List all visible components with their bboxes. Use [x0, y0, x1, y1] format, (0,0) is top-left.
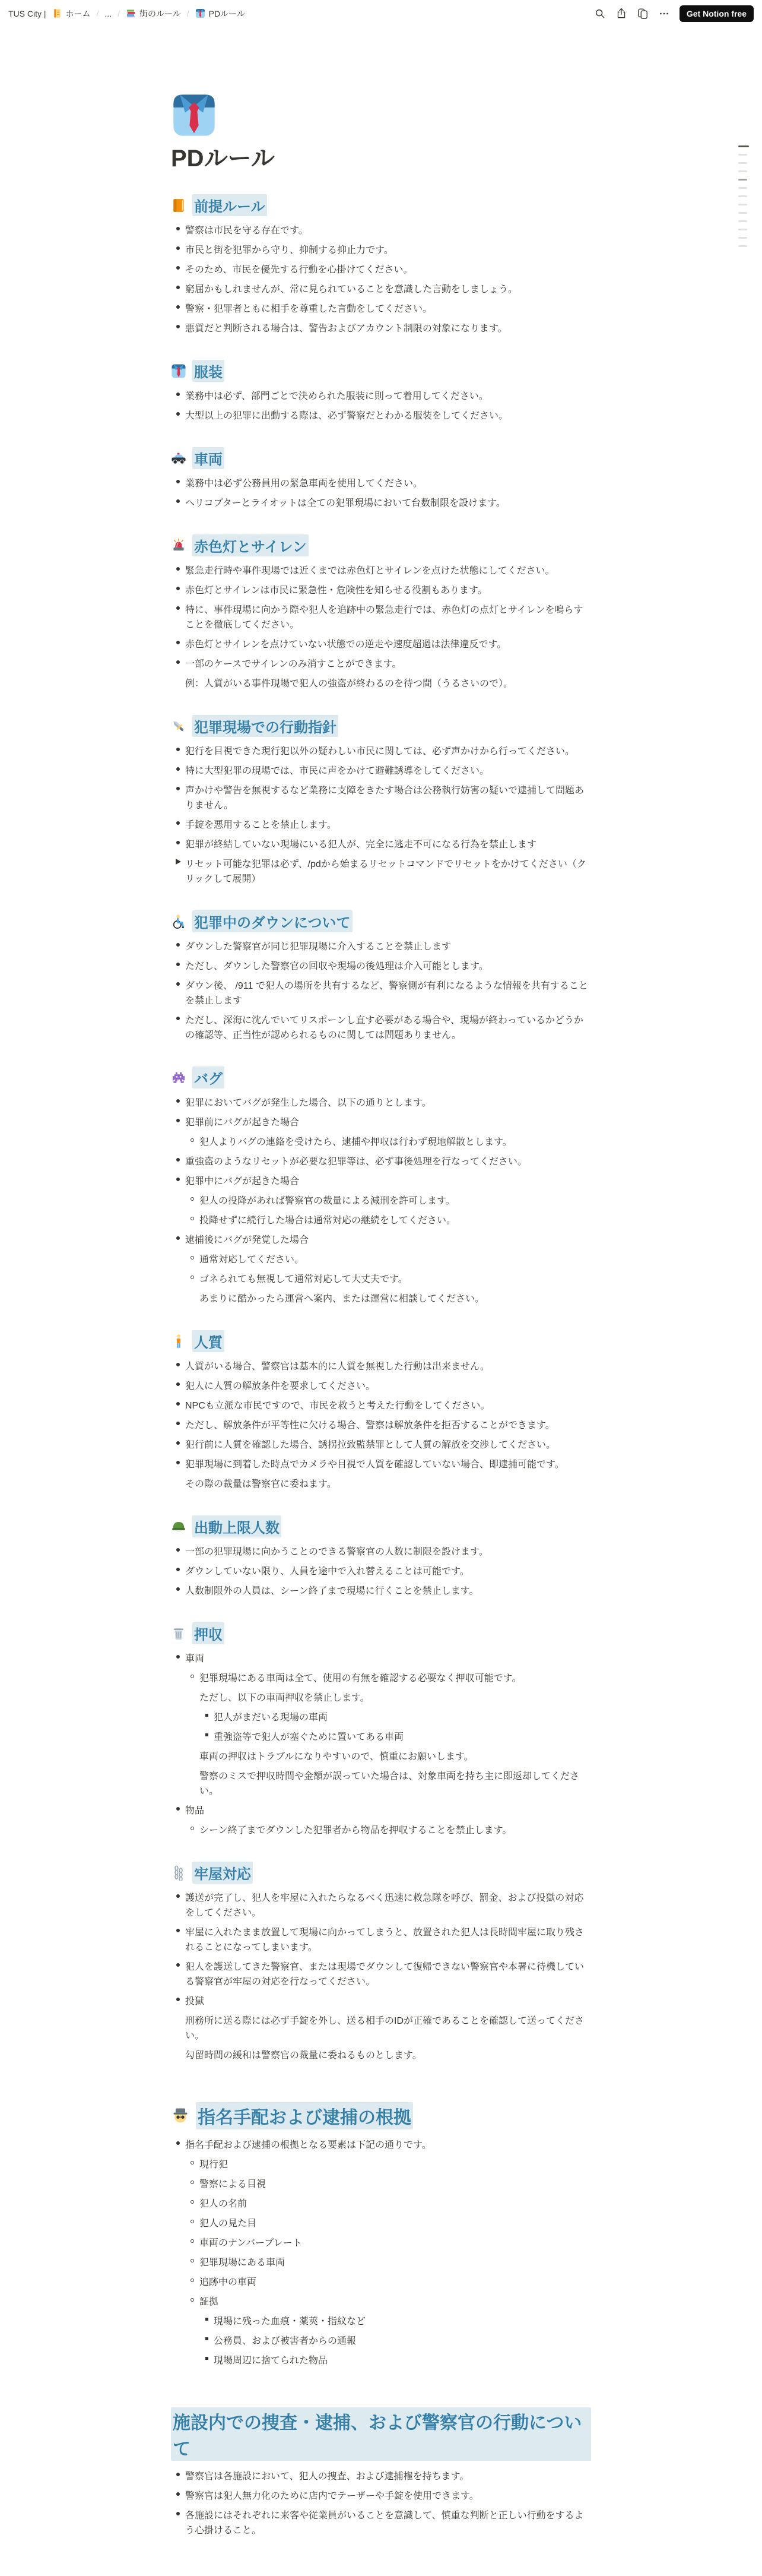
list-item-text: 現場周辺に捨てられた物品	[214, 2351, 591, 2371]
notebook-icon	[52, 8, 62, 18]
list-item: 大型以上の犯罪に出動する際は、必ず警察だとわかる服装をしてください。	[171, 406, 591, 426]
section-list: 警察は市民を守る存在です。市民と街を犯罪から守り、抑制する抑止力です。そのため、…	[171, 221, 591, 338]
list-item-text: 重強盗のようなリセットが必要な犯罪等は、必ず事後処理を行なってください。	[185, 1152, 591, 1172]
list-item: 犯罪現場にある車両	[185, 2253, 591, 2273]
necktie-page-icon	[171, 92, 217, 138]
bullet-marker	[176, 641, 180, 644]
list-item: 追跡中の車両	[185, 2273, 591, 2292]
list-item: 特に大型犯罪の現場では、市民に声をかけて避難誘導をしてください。	[171, 761, 591, 781]
list-item: 現行犯	[185, 2155, 591, 2175]
toc-dash[interactable]	[738, 170, 747, 172]
list-item-text: 特に大型犯罪の現場では、市民に声をかけて避難誘導をしてください。	[185, 761, 591, 781]
section-heading: 犯罪現場での行動指針	[171, 715, 591, 737]
bullet-marker	[176, 325, 180, 328]
section-heading: バグ	[171, 1067, 591, 1088]
police-car-icon	[171, 451, 186, 466]
list-item-text: 護送が完了し、犯人を牢屋に入れたらなるべく迅速に救急隊を呼び、罰金、および投獄の…	[185, 1888, 591, 1923]
list-item-text: 犯罪前にバグが起きた場合	[185, 1113, 591, 1132]
bullet-marker	[176, 1587, 180, 1591]
list-item: 赤色灯とサイレンを点けていない状態での逆走や速度超過は法律違反です。	[171, 635, 591, 654]
list-item: 逮捕後にバグが発覚した場合通常対応してください。ゴネられても無視して通常対応して…	[171, 1230, 591, 1309]
list-item: 緊急走行時や事件現場では近くまでは赤色灯とサイレンを点けた状態にしてください。	[171, 561, 591, 581]
section-title: 施設内での捜査・逮捕、および警察官の行動について	[171, 2407, 591, 2461]
bullet-marker	[176, 1099, 180, 1103]
bullet-marker	[176, 2141, 180, 2145]
list-item: 犯罪中にバグが起きた場合犯人の投降があれば警察官の裁量による減刑を許可します。投…	[171, 1172, 591, 1230]
bullet-marker	[176, 1461, 180, 1464]
bullet-marker	[176, 393, 180, 396]
list-item: 指名手配および逮捕の根拠となる要素は下記の通りです。現行犯警察による目視犯人の名…	[171, 2135, 591, 2371]
list-paragraph: あまりに酷かったら運営へ案内、または運営に相談してください。	[199, 1289, 591, 1309]
list-item-text: 手錠を悪用することを禁止します。	[185, 815, 591, 835]
section-heading: 前提ルール	[171, 194, 591, 216]
list-item: 窮屈かもしれませんが、常に見られていることを意識した言動をしましょう。	[171, 280, 591, 299]
bullet-marker	[176, 787, 180, 790]
section-list: 警察官は各施設において、犯人の捜査、および逮捕権を持ちます。警察官は犯人無力化の…	[171, 2467, 591, 2540]
list-item-text: 車両	[185, 1649, 591, 1669]
list-item-text: 車両のナンバープレート	[199, 2233, 591, 2253]
list-paragraph: 勾留時間の緩和は警察官の裁量に委ねるものとします。	[185, 2046, 591, 2065]
section-heading: 服装	[171, 360, 591, 382]
circle-marker	[190, 2181, 194, 2184]
list-item: 犯人の投降があれば警察官の裁量による減刑を許可します。	[185, 1191, 591, 1211]
bullet-marker	[176, 480, 180, 483]
bullet-marker	[176, 2492, 180, 2496]
section-title: 犯罪現場での行動指針	[192, 715, 338, 737]
section-heading: 犯罪中のダウンについて	[171, 910, 591, 932]
list-item: ダウンしていない限り、人員を途中で入れ替えることは可能です。	[171, 1562, 591, 1581]
list-item: 業務中は必ず、部門ごとで決められた服装に則って着用してください。	[171, 387, 591, 406]
bullet-marker	[176, 2512, 180, 2515]
bullet-marker	[176, 1963, 180, 1967]
list-item: 業務中は必ず公務員用の緊急車両を使用してください。	[171, 474, 591, 493]
breadcrumb-label: PDルール	[209, 8, 245, 20]
square-marker	[205, 1733, 208, 1736]
breadcrumb-label: ホーム	[66, 8, 91, 20]
section-list: 犯行を目視できた現行犯以外の疑わしい市民に関しては、必ず声かけから行ってください…	[171, 742, 591, 889]
list-item-text: 赤色灯とサイレンを点けていない状態での逆走や速度超過は法律違反です。	[185, 635, 591, 654]
square-marker	[205, 2318, 208, 2321]
list-item: 犯罪においてバグが発生した場合、以下の通りとします。	[171, 1093, 591, 1113]
list-item: 物品シーン終了までダウンした犯罪者から物品を押収することを禁止します。	[171, 1801, 591, 1840]
circle-marker	[190, 1675, 194, 1678]
list-item-text: 大型以上の犯罪に出動する際は、必ず警察だとわかる服装をしてください。	[185, 406, 591, 426]
bullet-marker	[176, 606, 180, 610]
police-light-icon	[171, 538, 186, 553]
circle-marker	[190, 2239, 194, 2243]
list-item: 犯人がまだいる現場の車両	[199, 1708, 591, 1727]
bullet-marker	[176, 1382, 180, 1386]
section-list: 護送が完了し、犯人を牢屋に入れたらなるべく迅速に救急隊を呼び、罰金、および投獄の…	[171, 1888, 591, 2065]
section-title: 犯罪中のダウンについて	[192, 910, 353, 932]
list-item-text: 犯罪現場に到着した時点でカメラや目視で人質を確認していない場合、即逮捕可能です。	[185, 1455, 591, 1474]
list-item-text: 人数制限外の人員は、シーン終了まで現場に行くことを禁止します。	[185, 1581, 591, 1601]
bullet-marker	[176, 227, 180, 230]
list-item: 犯罪前にバグが起きた場合犯人よりバグの連絡を受けたら、逮捕や押収は行わず現地解散…	[171, 1113, 591, 1152]
list-item: 犯罪現場にある車両は全て、使用の有無を確認する必要なく押収可能です。ただし、以下…	[185, 1669, 591, 1801]
books-icon	[126, 8, 136, 18]
list-item-text: 証拠	[199, 2292, 591, 2312]
list-item: 警察官は各施設において、犯人の捜査、および逮捕権を持ちます。	[171, 2467, 591, 2486]
section-heading: 車両	[171, 447, 591, 469]
list-item-text: 警察・犯罪者ともに相手を尊重した言動をしてください。	[185, 299, 591, 319]
list-item-text: 警察は市民を守る存在です。	[185, 221, 591, 240]
circle-marker	[190, 1197, 194, 1201]
sections-container: 前提ルール警察は市民を守る存在です。市民と街を犯罪から守り、抑制する抑止力です。…	[171, 194, 591, 2540]
breadcrumb-separator: /	[118, 9, 120, 18]
circle-marker	[190, 1217, 194, 1220]
list-item-text: 窮屈かもしれませんが、常に見られていることを意識した言動をしましょう。	[185, 280, 591, 299]
list-item: そのため、市民を優先する行動を心掛けてください。	[171, 260, 591, 280]
list-item: 犯人に人質の解放条件を要求してください。	[171, 1376, 591, 1396]
circle-marker	[190, 1276, 194, 1279]
bullet-marker	[176, 1402, 180, 1406]
section-title: 指名手配および逮捕の根拠	[196, 2102, 413, 2129]
list-item: ヘリコプターとライオットは全ての犯罪現場において台数制限を設けます。	[171, 493, 591, 513]
list-item-text: 警察官は犯人無力化のために店内でテーザーや手錠を使用できます。	[185, 2486, 591, 2506]
list-item: 犯罪が終結していない現場にいる犯人が、完全に逃走不可になる行為を禁止します	[171, 835, 591, 855]
section-title: 人質	[192, 1330, 224, 1352]
list-item: 人質がいる場合、警察官は基本的に人質を無視した行動は出来ません。	[171, 1357, 591, 1376]
bullet-marker	[176, 1568, 180, 1571]
share-icon[interactable]	[615, 8, 627, 20]
bullet-marker	[176, 1119, 180, 1122]
list-item: 犯人の名前	[185, 2194, 591, 2214]
list-item: 投降せずに続行した場合は通常対応の継続をしてください。	[185, 1211, 591, 1230]
list-item-text: 一部のケースでサイレンのみ消すことができます。	[185, 654, 591, 674]
toc-dash[interactable]	[738, 220, 747, 222]
list-item-text: 人質がいる場合、警察官は基本的に人質を無視した行動は出来ません。	[185, 1357, 591, 1376]
section-list: 一部の犯罪現場に向かうことのできる警察官の人数に制限を設けます。ダウンしていない…	[171, 1542, 591, 1601]
workspace-name: TUS City |	[8, 9, 46, 18]
square-marker	[205, 2337, 208, 2340]
bullet-marker	[176, 1929, 180, 1932]
section-title: 赤色灯とサイレン	[192, 534, 309, 556]
list-item-text: 犯人がまだいる現場の車両	[214, 1708, 591, 1727]
list-item: 手錠を悪用することを禁止します。	[171, 815, 591, 835]
bullet-marker	[176, 1548, 180, 1552]
list-item: ダウンした警察官が同じ犯罪現場に介入することを禁止します	[171, 937, 591, 957]
list-item-text: 犯行を目視できた現行犯以外の疑わしい市民に関しては、必ず声かけから行ってください…	[185, 742, 591, 761]
list-item: ゴネられても無視して通常対応して大丈夫です。あまりに酷かったら運営へ案内、または…	[185, 1270, 591, 1309]
bullet-marker	[176, 587, 180, 590]
toc-dash[interactable]	[738, 245, 747, 247]
section-heading: 指名手配および逮捕の根拠	[171, 2102, 591, 2129]
circle-marker	[190, 2220, 194, 2223]
list-item: 犯罪現場に到着した時点でカメラや目視で人質を確認していない場合、即逮捕可能です。…	[171, 1455, 591, 1494]
circle-marker	[190, 2278, 194, 2282]
circle-marker	[190, 2259, 194, 2262]
list-item: 各施設にはそれぞれに来客や従業員がいることを意識して、慎重な判断と正しい行動をす…	[171, 2506, 591, 2540]
list-item-text: 声かけや警告を無視するなど業務に支障をきたす場合は公務執行妨害の疑いで逮捕して問…	[185, 781, 591, 815]
section-title: 出動上限人数	[192, 1515, 281, 1537]
list-item-text: 市民と街を犯罪から守り、抑制する抑止力です。	[185, 240, 591, 260]
square-marker	[205, 1714, 208, 1717]
bullet-marker	[176, 982, 180, 986]
bullet-marker	[176, 660, 180, 664]
section-heading: 赤色灯とサイレン	[171, 534, 591, 556]
circle-marker	[190, 1256, 194, 1259]
bullet-marker	[176, 1998, 180, 2001]
toc-dash[interactable]	[738, 204, 747, 205]
wheelchair-icon	[171, 914, 186, 929]
list-item: 犯人の見た目	[185, 2214, 591, 2233]
list-item-text: 各施設にはそれぞれに来客や従業員がいることを意識して、慎重な判断と正しい行動をす…	[185, 2506, 591, 2540]
breadcrumb-label: ...	[104, 9, 112, 18]
list-item: 一部のケースでサイレンのみ消すことができます。例：人質がいる事件現場で犯人の強盗…	[171, 654, 591, 694]
list-paragraph: ただし、以下の車両押収を禁止します。	[199, 1688, 591, 1708]
list-item-text: 公務員、および被害者からの通報	[214, 2331, 591, 2351]
bullet-marker	[176, 1236, 180, 1240]
circle-marker	[190, 2298, 194, 2302]
list-item-text: 逮捕後にバグが発覚した場合	[185, 1230, 591, 1250]
list-item-text: 悪質だと判断される場合は、警告およびアカウント制限の対象になります。	[185, 319, 591, 338]
list-item-text: 通常対応してください。	[199, 1250, 591, 1270]
section-heading: 人質	[171, 1330, 591, 1352]
section-list: ダウンした警察官が同じ犯罪現場に介入することを禁止しますただし、ダウンした警察官…	[171, 937, 591, 1045]
breadcrumb-separator: /	[187, 9, 189, 18]
list-item-text: 犯罪が終結していない現場にいる犯人が、完全に逃走不可になる行為を禁止します	[185, 835, 591, 855]
list-item-text: ダウンした警察官が同じ犯罪現場に介入することを禁止します	[185, 937, 591, 957]
list-item: 車両犯罪現場にある車両は全て、使用の有無を確認する必要なく押収可能です。ただし、…	[171, 1649, 591, 1801]
breadcrumb-label: 街のルール	[139, 8, 181, 20]
list-item-text: ダウン後、 /911 で犯人の場所を共有するなど、警察側が有利になるような情報を…	[185, 976, 591, 1011]
toc-dash[interactable]	[738, 237, 747, 239]
list-item-text: 現場に残った血痕・薬莢・指紋など	[214, 2312, 591, 2331]
bullet-marker	[176, 246, 180, 250]
list-item-text: 警察官は各施設において、犯人の捜査、および逮捕権を持ちます。	[185, 2467, 591, 2486]
list-item: 悪質だと判断される場合は、警告およびアカウント制限の対象になります。	[171, 319, 591, 338]
list-item-text: 犯人の見た目	[199, 2214, 591, 2233]
list-item-text: 犯人に人質の解放条件を要求してください。	[185, 1376, 591, 1396]
bullet-marker	[176, 1441, 180, 1445]
section-title: 服装	[192, 360, 224, 382]
list-item-text: ヘリコプターとライオットは全ての犯罪現場において台数制限を設けます。	[185, 493, 591, 513]
list-item-text: 犯罪中にバグが起きた場合	[185, 1172, 591, 1191]
list-item: 牢屋に入れたまま放置して現場に向かってしまうと、放置された犯人は長時間牢屋に取り…	[171, 1923, 591, 1957]
person-standing-icon	[171, 1334, 186, 1349]
list-item: 護送が完了し、犯人を牢屋に入れたらなるべく迅速に救急隊を呼び、罰金、および投獄の…	[171, 1888, 591, 1923]
bullet-marker	[176, 748, 180, 751]
list-item: 市民と街を犯罪から守り、抑制する抑止力です。	[171, 240, 591, 260]
toc-dash[interactable]	[738, 179, 747, 181]
section-heading: 出動上限人数	[171, 1515, 591, 1537]
list-paragraph: 警察のミスで押収時間や金額が誤っていた場合は、対象車両を持ち主に即返却してくださ…	[199, 1767, 591, 1801]
space-invader-icon	[171, 1070, 186, 1086]
bullet-marker	[176, 2473, 180, 2476]
bullet-marker	[176, 767, 180, 771]
section-title: 前提ルール	[192, 194, 267, 216]
list-paragraph: 例：人質がいる事件現場で犯人の強盗が終わるのを待つ間（うるさいので）。	[185, 674, 591, 694]
list-item-text: 緊急走行時や事件現場では近くまでは赤色灯とサイレンを点けた状態にしてください。	[185, 561, 591, 581]
list-item: 重強盗のようなリセットが必要な犯罪等は、必ず事後処理を行なってください。	[171, 1152, 591, 1172]
list-item-text: ただし、深海に沈んでいてリスポーンし直す必要がある場合や、現場が終わっているかど…	[185, 1011, 591, 1045]
list-item: シーン終了までダウンした犯罪者から物品を押収することを禁止します。	[185, 1821, 591, 1840]
military-helmet-icon	[171, 1519, 186, 1534]
circle-marker	[190, 1827, 194, 1830]
toc-dash[interactable]	[738, 154, 747, 156]
list-item: 車両のナンバープレート	[185, 2233, 591, 2253]
more-options-icon[interactable]	[658, 8, 670, 20]
bullet-marker	[176, 266, 180, 270]
necktie-icon	[171, 363, 186, 379]
breadcrumb-separator: /	[97, 9, 99, 18]
list-item: 証拠現場に残った血痕・薬莢・指紋など公務員、および被害者からの通報現場周辺に捨て…	[185, 2292, 591, 2371]
list-item: 犯行を目視できた現行犯以外の疑わしい市民に関しては、必ず声かけから行ってください…	[171, 742, 591, 761]
wastebasket-icon	[171, 1626, 186, 1641]
toc-dash[interactable]	[738, 212, 747, 214]
section-list: 業務中は必ず、部門ごとで決められた服装に則って着用してください。大型以上の犯罪に…	[171, 387, 591, 426]
toc-dash[interactable]	[738, 195, 747, 197]
bullet-marker	[176, 1807, 180, 1811]
bullet-marker	[176, 412, 180, 416]
list-item: 警察による目視	[185, 2175, 591, 2194]
page-title: PDルール	[171, 144, 591, 173]
list-item-text: 投獄	[185, 1992, 591, 2011]
section-heading: 牢屋対応	[171, 1862, 591, 1884]
bullet-marker	[176, 1363, 180, 1366]
bullet-marker	[176, 286, 180, 289]
toc-rail	[738, 145, 749, 247]
toc-dash[interactable]	[738, 187, 747, 189]
list-item-text: NPCも立派な市民ですので、市民を救うと考えた行動をしてください。	[185, 1396, 591, 1416]
duplicate-icon[interactable]	[637, 8, 649, 20]
list-paragraph: その際の裁量は警察官に委ねます。	[185, 1474, 591, 1494]
list-item-text: 赤色灯とサイレンは市民に緊急性・危険性を知らせる役割もあります。	[185, 581, 591, 600]
toggle-list-item[interactable]: リセット可能な犯罪は必ず、/pdから始まるリセットコマンドでリセットをかけてくだ…	[171, 855, 591, 889]
list-item: 犯人よりバグの連絡を受けたら、逮捕や押収は行わず現地解散とします。	[185, 1132, 591, 1152]
list-item: ただし、深海に沈んでいてリスポーンし直す必要がある場合や、現場が終わっているかど…	[171, 1011, 591, 1045]
bullet-marker	[176, 499, 180, 503]
circle-marker	[190, 2200, 194, 2204]
list-item-text: 一部の犯罪現場に向かうことのできる警察官の人数に制限を設けます。	[185, 1542, 591, 1562]
toggle-icon[interactable]	[176, 859, 181, 865]
breadcrumb-item[interactable]: 街のルール	[124, 7, 183, 21]
list-item: 声かけや警告を無視するなど業務に支障をきたす場合は公務執行妨害の疑いで逮捕して問…	[171, 781, 591, 815]
topbar: TUS City | ホーム/.../街のルール/PDルール Get Notio…	[0, 0, 762, 27]
list-item: 現場に残った血痕・薬莢・指紋など	[199, 2312, 591, 2331]
list-item-text: 犯人よりバグの連絡を受けたら、逮捕や押収は行わず現地解散とします。	[199, 1132, 591, 1152]
list-item: NPCも立派な市民ですので、市民を救うと考えた行動をしてください。	[171, 1396, 591, 1416]
list-item: 赤色灯とサイレンは市民に緊急性・危険性を知らせる役割もあります。	[171, 581, 591, 600]
list-item: ただし、解放条件が平等性に欠ける場合、警察は解放条件を拒否することができます。	[171, 1416, 591, 1435]
bullet-marker	[176, 1422, 180, 1425]
list-item-text: 物品	[185, 1801, 591, 1821]
list-paragraph: 刑務所に送る際には必ず手錠を外し、送る相手のIDが正確であることを確認して送って…	[185, 2011, 591, 2046]
list-item-text: 業務中は必ず公務員用の緊急車両を使用してください。	[185, 474, 591, 493]
list-item-text: 犯人の投降があれば警察官の裁量による減刑を許可します。	[199, 1191, 591, 1211]
list-item-text: 犯罪現場にある車両は全て、使用の有無を確認する必要なく押収可能です。	[199, 1669, 591, 1688]
section-list: 業務中は必ず公務員用の緊急車両を使用してください。ヘリコプターとライオットは全て…	[171, 474, 591, 513]
section-list: 人質がいる場合、警察官は基本的に人質を無視した行動は出来ません。犯人に人質の解放…	[171, 1357, 591, 1494]
section-list: 犯罪においてバグが発生した場合、以下の通りとします。犯罪前にバグが起きた場合犯人…	[171, 1093, 591, 1309]
circle-marker	[190, 2161, 194, 2164]
necktie-icon	[195, 8, 205, 18]
section-heading: 押収	[171, 1622, 591, 1644]
bullet-marker	[176, 1158, 180, 1162]
list-item-text: ダウンしていない限り、人員を途中で入れ替えることは可能です。	[185, 1562, 591, 1581]
chains-icon	[171, 1865, 186, 1881]
list-item-text: 犯人の名前	[199, 2194, 591, 2214]
list-item: 特に、事件現場に向かう際や犯人を追跡中の緊急走行では、赤色灯の点灯とサイレンを鳴…	[171, 600, 591, 635]
list-item-text: 犯罪においてバグが発生した場合、以下の通りとします。	[185, 1093, 591, 1113]
list-item-text: 牢屋に入れたまま放置して現場に向かってしまうと、放置された犯人は長時間牢屋に取り…	[185, 1923, 591, 1957]
bullet-marker	[176, 841, 180, 844]
list-item: 人数制限外の人員は、シーン終了まで現場に行くことを禁止します。	[171, 1581, 591, 1601]
list-item: 公務員、および被害者からの通報	[199, 2331, 591, 2351]
list-item-text: ただし、解放条件が平等性に欠ける場合、警察は解放条件を拒否することができます。	[185, 1416, 591, 1435]
list-item-text: ゴネられても無視して通常対応して大丈夫です。	[199, 1270, 591, 1289]
breadcrumb-item[interactable]: ...	[103, 8, 113, 20]
toc-dash[interactable]	[738, 162, 747, 164]
list-item: 犯人を護送してきた警察官、または現場でダウンして復帰できない警察官や本署に待機し…	[171, 1957, 591, 1992]
toc-dash[interactable]	[738, 145, 749, 147]
list-item: 現場周辺に捨てられた物品	[199, 2351, 591, 2371]
square-marker	[205, 2357, 208, 2360]
list-item: 一部の犯罪現場に向かうことのできる警察官の人数に制限を設けます。	[171, 1542, 591, 1562]
list-item-text: 追跡中の車両	[199, 2273, 591, 2292]
bullet-marker	[176, 567, 180, 571]
list-item-text: 犯行前に人質を確認した場合、誘拐拉致監禁罪として人質の解放を交渉してください。	[185, 1435, 591, 1455]
list-item: ただし、ダウンした警察官の回収や現場の後処理は介入可能とします。	[171, 957, 591, 976]
list-item-text: 犯人を護送してきた警察官、または現場でダウンして復帰できない警察官や本署に待機し…	[185, 1957, 591, 1992]
bullet-marker	[176, 821, 180, 825]
list-item-text: 警察による目視	[199, 2175, 591, 2194]
section-title: 押収	[192, 1622, 224, 1644]
section-list: 指名手配および逮捕の根拠となる要素は下記の通りです。現行犯警察による目視犯人の名…	[171, 2135, 591, 2371]
list-item-text: 重強盗等で犯人が塞ぐために置いてある車両	[214, 1727, 591, 1747]
list-item: 犯行前に人質を確認した場合、誘拐拉致監禁罪として人質の解放を交渉してください。	[171, 1435, 591, 1455]
breadcrumb: TUS City | ホーム/.../街のルール/PDルール	[8, 7, 247, 21]
list-item-text: ただし、ダウンした警察官の回収や現場の後処理は介入可能とします。	[185, 957, 591, 976]
section-title: 車両	[192, 447, 224, 469]
list-item-text: 投降せずに続行した場合は通常対応の継続をしてください。	[199, 1211, 591, 1230]
get-notion-free-button[interactable]: Get Notion free	[680, 5, 754, 22]
detective-icon	[171, 2106, 190, 2125]
bullet-marker	[176, 963, 180, 966]
list-item: 警察官は犯人無力化のために店内でテーザーや手錠を使用できます。	[171, 2486, 591, 2506]
section-title: 牢屋対応	[192, 1862, 253, 1884]
section-title: バグ	[192, 1067, 224, 1088]
list-item-text: 特に、事件現場に向かう際や犯人を追跡中の緊急走行では、赤色灯の点灯とサイレンを鳴…	[185, 600, 591, 635]
bullet-marker	[176, 1894, 180, 1898]
list-item-text: 犯罪現場にある車両	[199, 2253, 591, 2273]
section-list: 車両犯罪現場にある車両は全て、使用の有無を確認する必要なく押収可能です。ただし、…	[171, 1649, 591, 1840]
circle-marker	[190, 1138, 194, 1142]
breadcrumb-item[interactable]: ホーム	[50, 7, 93, 21]
list-item-text: シーン終了までダウンした犯罪者から物品を押収することを禁止します。	[199, 1821, 591, 1840]
bullet-marker	[176, 1017, 180, 1020]
topbar-actions: Get Notion free	[594, 5, 754, 22]
list-item: 重強盗等で犯人が塞ぐために置いてある車両	[199, 1727, 591, 1747]
bullet-marker	[176, 1655, 180, 1659]
list-item-text: 現行犯	[199, 2155, 591, 2175]
bullet-marker	[176, 943, 180, 947]
list-item-text: リセット可能な犯罪は必ず、/pdから始まるリセットコマンドでリセットをかけてくだ…	[185, 855, 591, 889]
page-content: PDルール 前提ルール警察は市民を守る存在です。市民と街を犯罪から守り、抑制する…	[171, 27, 591, 2576]
breadcrumb-item[interactable]: PDルール	[193, 7, 247, 21]
list-item: 通常対応してください。	[185, 1250, 591, 1270]
list-item-text: 指名手配および逮捕の根拠となる要素は下記の通りです。	[185, 2135, 591, 2155]
toc-dash[interactable]	[738, 229, 747, 230]
list-item-text: 業務中は必ず、部門ごとで決められた服装に則って着用してください。	[185, 387, 591, 406]
list-item: 投獄刑務所に送る際には必ず手錠を外し、送る相手のIDが正確であることを確認して送…	[171, 1992, 591, 2065]
dagger-icon	[171, 719, 186, 734]
bullet-marker	[176, 1178, 180, 1181]
search-icon[interactable]	[594, 8, 606, 20]
list-paragraph: 車両の押収はトラブルになりやすいので、慎重にお願いします。	[199, 1747, 591, 1767]
section-list: 緊急走行時や事件現場では近くまでは赤色灯とサイレンを点けた状態にしてください。赤…	[171, 561, 591, 694]
